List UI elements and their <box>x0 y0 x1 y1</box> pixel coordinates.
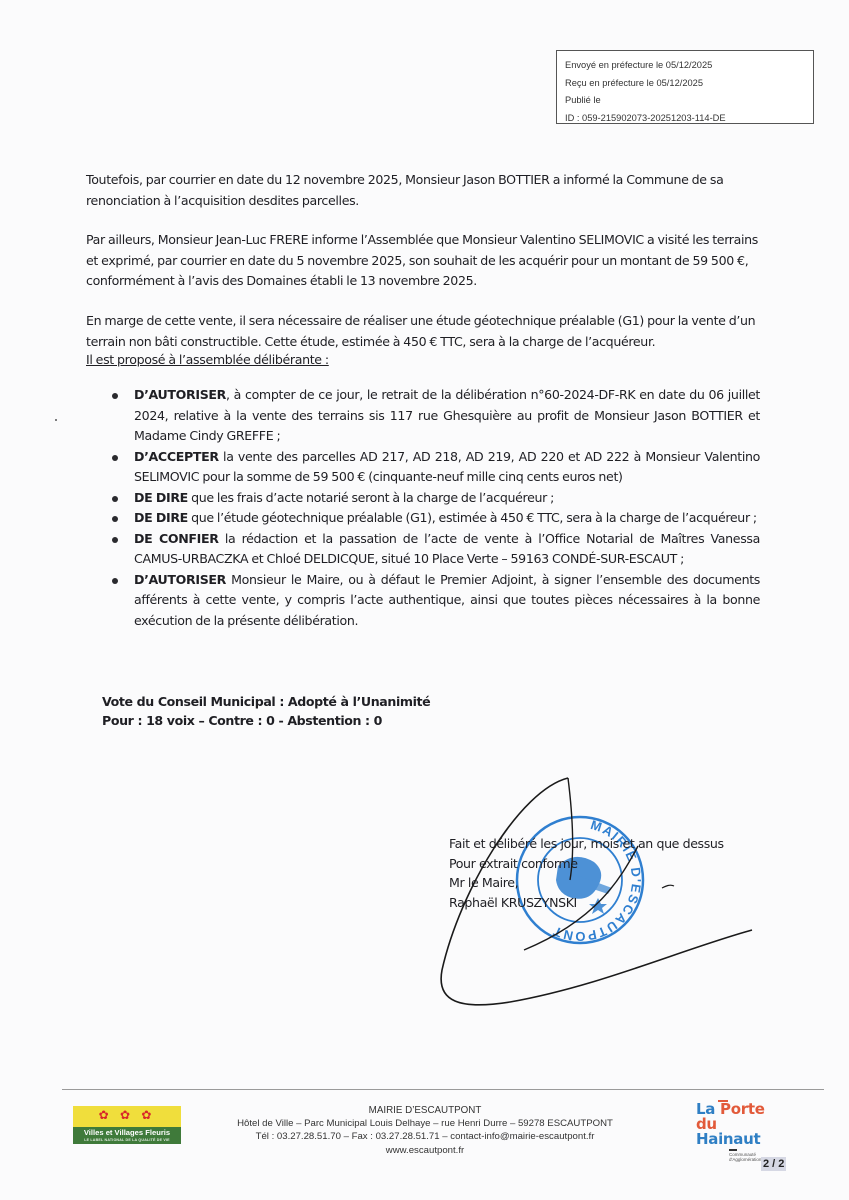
decision-item: D’AUTORISER, à compter de ce jour, le re… <box>108 385 760 447</box>
paragraph-geotechnical-study: En marge de cette vente, il sera nécessa… <box>86 311 762 352</box>
footer-divider <box>62 1089 824 1090</box>
council-vote: Vote du Conseil Municipal : Adopté à l’U… <box>102 692 430 730</box>
bullet-icon <box>112 537 118 543</box>
scan-artifact <box>55 419 57 421</box>
footer-website[interactable]: www.escautpont.fr <box>200 1144 650 1157</box>
paragraph-new-buyer: Par ailleurs, Monsieur Jean-Luc FRERE in… <box>86 230 762 292</box>
porte-du-hainaut-logo: La Porte du Hainaut Communauté d'Agglomé… <box>696 1100 786 1162</box>
bullet-icon <box>112 516 118 522</box>
act-id: ID : 059-215902073-20251203-114-DE <box>565 110 813 128</box>
prefecture-receipt-box: Envoyé en préfecture le 05/12/2025 Reçu … <box>556 50 814 124</box>
flower-icon: ✿ ✿ ✿ <box>73 1108 181 1122</box>
footer-phone-email: Tél : 03.27.28.51.70 – Fax : 03.27.28.51… <box>200 1130 650 1143</box>
footer-org-name: MAIRIE D’ESCAUTPONT <box>200 1104 650 1117</box>
received-date: Reçu en préfecture le 05/12/2025 <box>565 75 813 93</box>
published-date: Publié le <box>565 92 813 110</box>
vote-result: Vote du Conseil Municipal : Adopté à l’U… <box>102 692 430 711</box>
bullet-icon <box>112 496 118 502</box>
sent-date: Envoyé en préfecture le 05/12/2025 <box>565 57 813 75</box>
bullet-icon <box>112 393 118 399</box>
decision-list: D’AUTORISER, à compter de ce jour, le re… <box>108 385 760 631</box>
decision-item: D’ACCEPTER la vente des parcelles AD 217… <box>108 447 760 488</box>
paragraph-renunciation: Toutefois, par courrier en date du 12 no… <box>86 170 762 211</box>
villes-villages-fleuris-logo: ✿ ✿ ✿ Villes et Villages Fleuris LE LABE… <box>73 1106 181 1144</box>
vote-count: Pour : 18 voix – Contre : 0 - Abstention… <box>102 711 430 730</box>
footer-contact: MAIRIE D’ESCAUTPONT Hôtel de Ville – Par… <box>200 1104 650 1157</box>
decision-item: DE DIRE que les frais d’acte notarié ser… <box>108 488 760 509</box>
signature-block: Fait et délibéré les jour, mois et an qu… <box>449 834 724 912</box>
decision-item: D’AUTORISER Monsieur le Maire, ou à défa… <box>108 570 760 632</box>
bullet-icon <box>112 455 118 461</box>
bullet-icon <box>112 578 118 584</box>
decision-item: DE DIRE que l’étude géotechnique préalab… <box>108 508 760 529</box>
decision-item: DE CONFIER la rédaction et la passation … <box>108 529 760 570</box>
proposal-heading: Il est proposé à l’assemblée délibérante… <box>86 350 762 371</box>
page-indicator: 2 / 2 <box>761 1157 786 1171</box>
footer-address: Hôtel de Ville – Parc Municipal Louis De… <box>200 1117 650 1130</box>
mayor-name: Raphaël KRUSZYNSKI <box>449 893 724 913</box>
